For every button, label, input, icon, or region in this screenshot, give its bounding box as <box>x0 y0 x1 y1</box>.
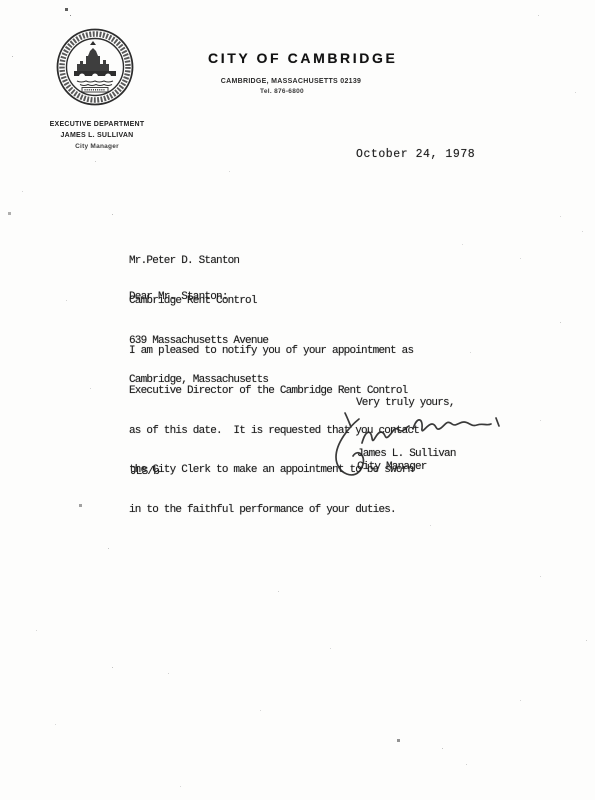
signature-name: James L. Sullivan <box>357 448 456 461</box>
body-line: in to the faithful performance of your d… <box>129 504 419 517</box>
reference-initials: JLS/b <box>130 466 159 479</box>
letterhead-address: CAMBRIDGE, MASSACHUSETTS 02139 <box>216 78 366 85</box>
body-line: I am pleased to notify you of your appoi… <box>129 345 419 358</box>
letter-date: October 24, 1978 <box>356 148 475 161</box>
city-seal-icon <box>55 27 135 107</box>
department-name: EXECUTIVE DEPARTMENT <box>40 119 154 130</box>
manager-name: JAMES L. SULLIVAN <box>40 130 154 141</box>
recipient-name: Mr.Peter D. Stanton <box>129 255 268 268</box>
letterhead-phone: Tel. 876-6800 <box>222 88 342 95</box>
scan-noise <box>0 0 1 1</box>
signature-title: City Manager <box>357 461 427 474</box>
manager-title: City Manager <box>40 141 154 152</box>
scanned-letter-page: CITY OF CAMBRIDGE CAMBRIDGE, MASSACHUSET… <box>0 0 595 800</box>
letterhead-department-block: EXECUTIVE DEPARTMENT JAMES L. SULLIVAN C… <box>40 119 154 152</box>
salutation: Dear Mr. Stanton: <box>129 291 228 304</box>
letterhead-title: CITY OF CAMBRIDGE <box>208 50 418 66</box>
